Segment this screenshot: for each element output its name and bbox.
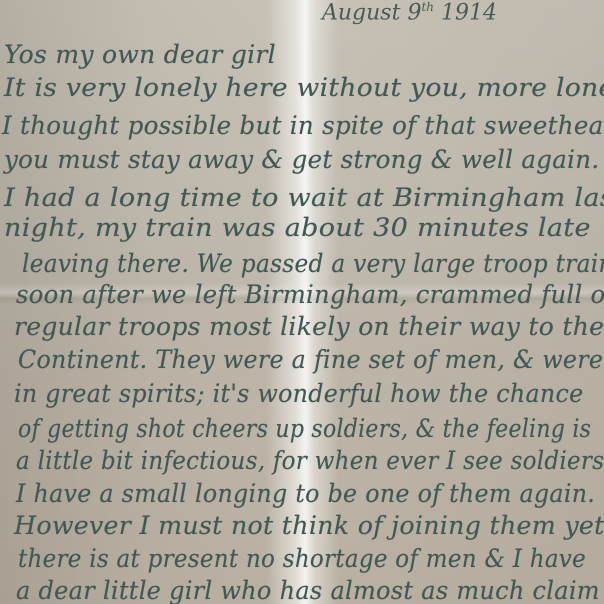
letter-line-10: in great spirits; it's wonderful how the… — [14, 379, 583, 408]
letter-line-15: there is at present no shortage of men &… — [18, 544, 586, 573]
letter-line-4: I had a long time to wait at Birmingham … — [4, 183, 604, 212]
letter-line-7: soon after we left Birmingham, crammed f… — [16, 280, 604, 309]
letter-line-3: you must stay away & get strong & well a… — [4, 145, 599, 174]
letter-line-12: a little bit infectious, for when ever I… — [16, 446, 604, 475]
letter-line-2: I thought possible but in spite of that … — [2, 111, 604, 140]
date-day: 9 — [407, 0, 421, 25]
letter-line-5: night, my train was about 30 minutes lat… — [4, 213, 591, 242]
date-year: 1914 — [441, 0, 497, 25]
letter-line-6: leaving there. We passed a very large tr… — [22, 249, 604, 278]
date-day-suffix: th — [421, 0, 434, 14]
letter-date: August 9th 1914 — [322, 0, 497, 25]
salutation: Yos my own dear girl — [4, 40, 276, 69]
letter-line-1: It is very lonely here without you, more… — [4, 73, 604, 102]
letter-line-8: regular troops most likely on their way … — [14, 312, 604, 341]
letter-line-16: a dear little girl who has almost as muc… — [16, 576, 600, 604]
letter-line-13: I have a small longing to be one of them… — [16, 479, 595, 508]
letter-line-11: of getting shot cheers up soldiers, & th… — [18, 414, 591, 443]
date-month: August — [322, 0, 400, 25]
letter-line-9: Continent. They were a fine set of men, … — [18, 345, 603, 374]
letter-page: August 9th 1914 Yos my own dear girl It … — [0, 0, 604, 604]
letter-line-14: However I must not think of joining them… — [14, 511, 604, 540]
